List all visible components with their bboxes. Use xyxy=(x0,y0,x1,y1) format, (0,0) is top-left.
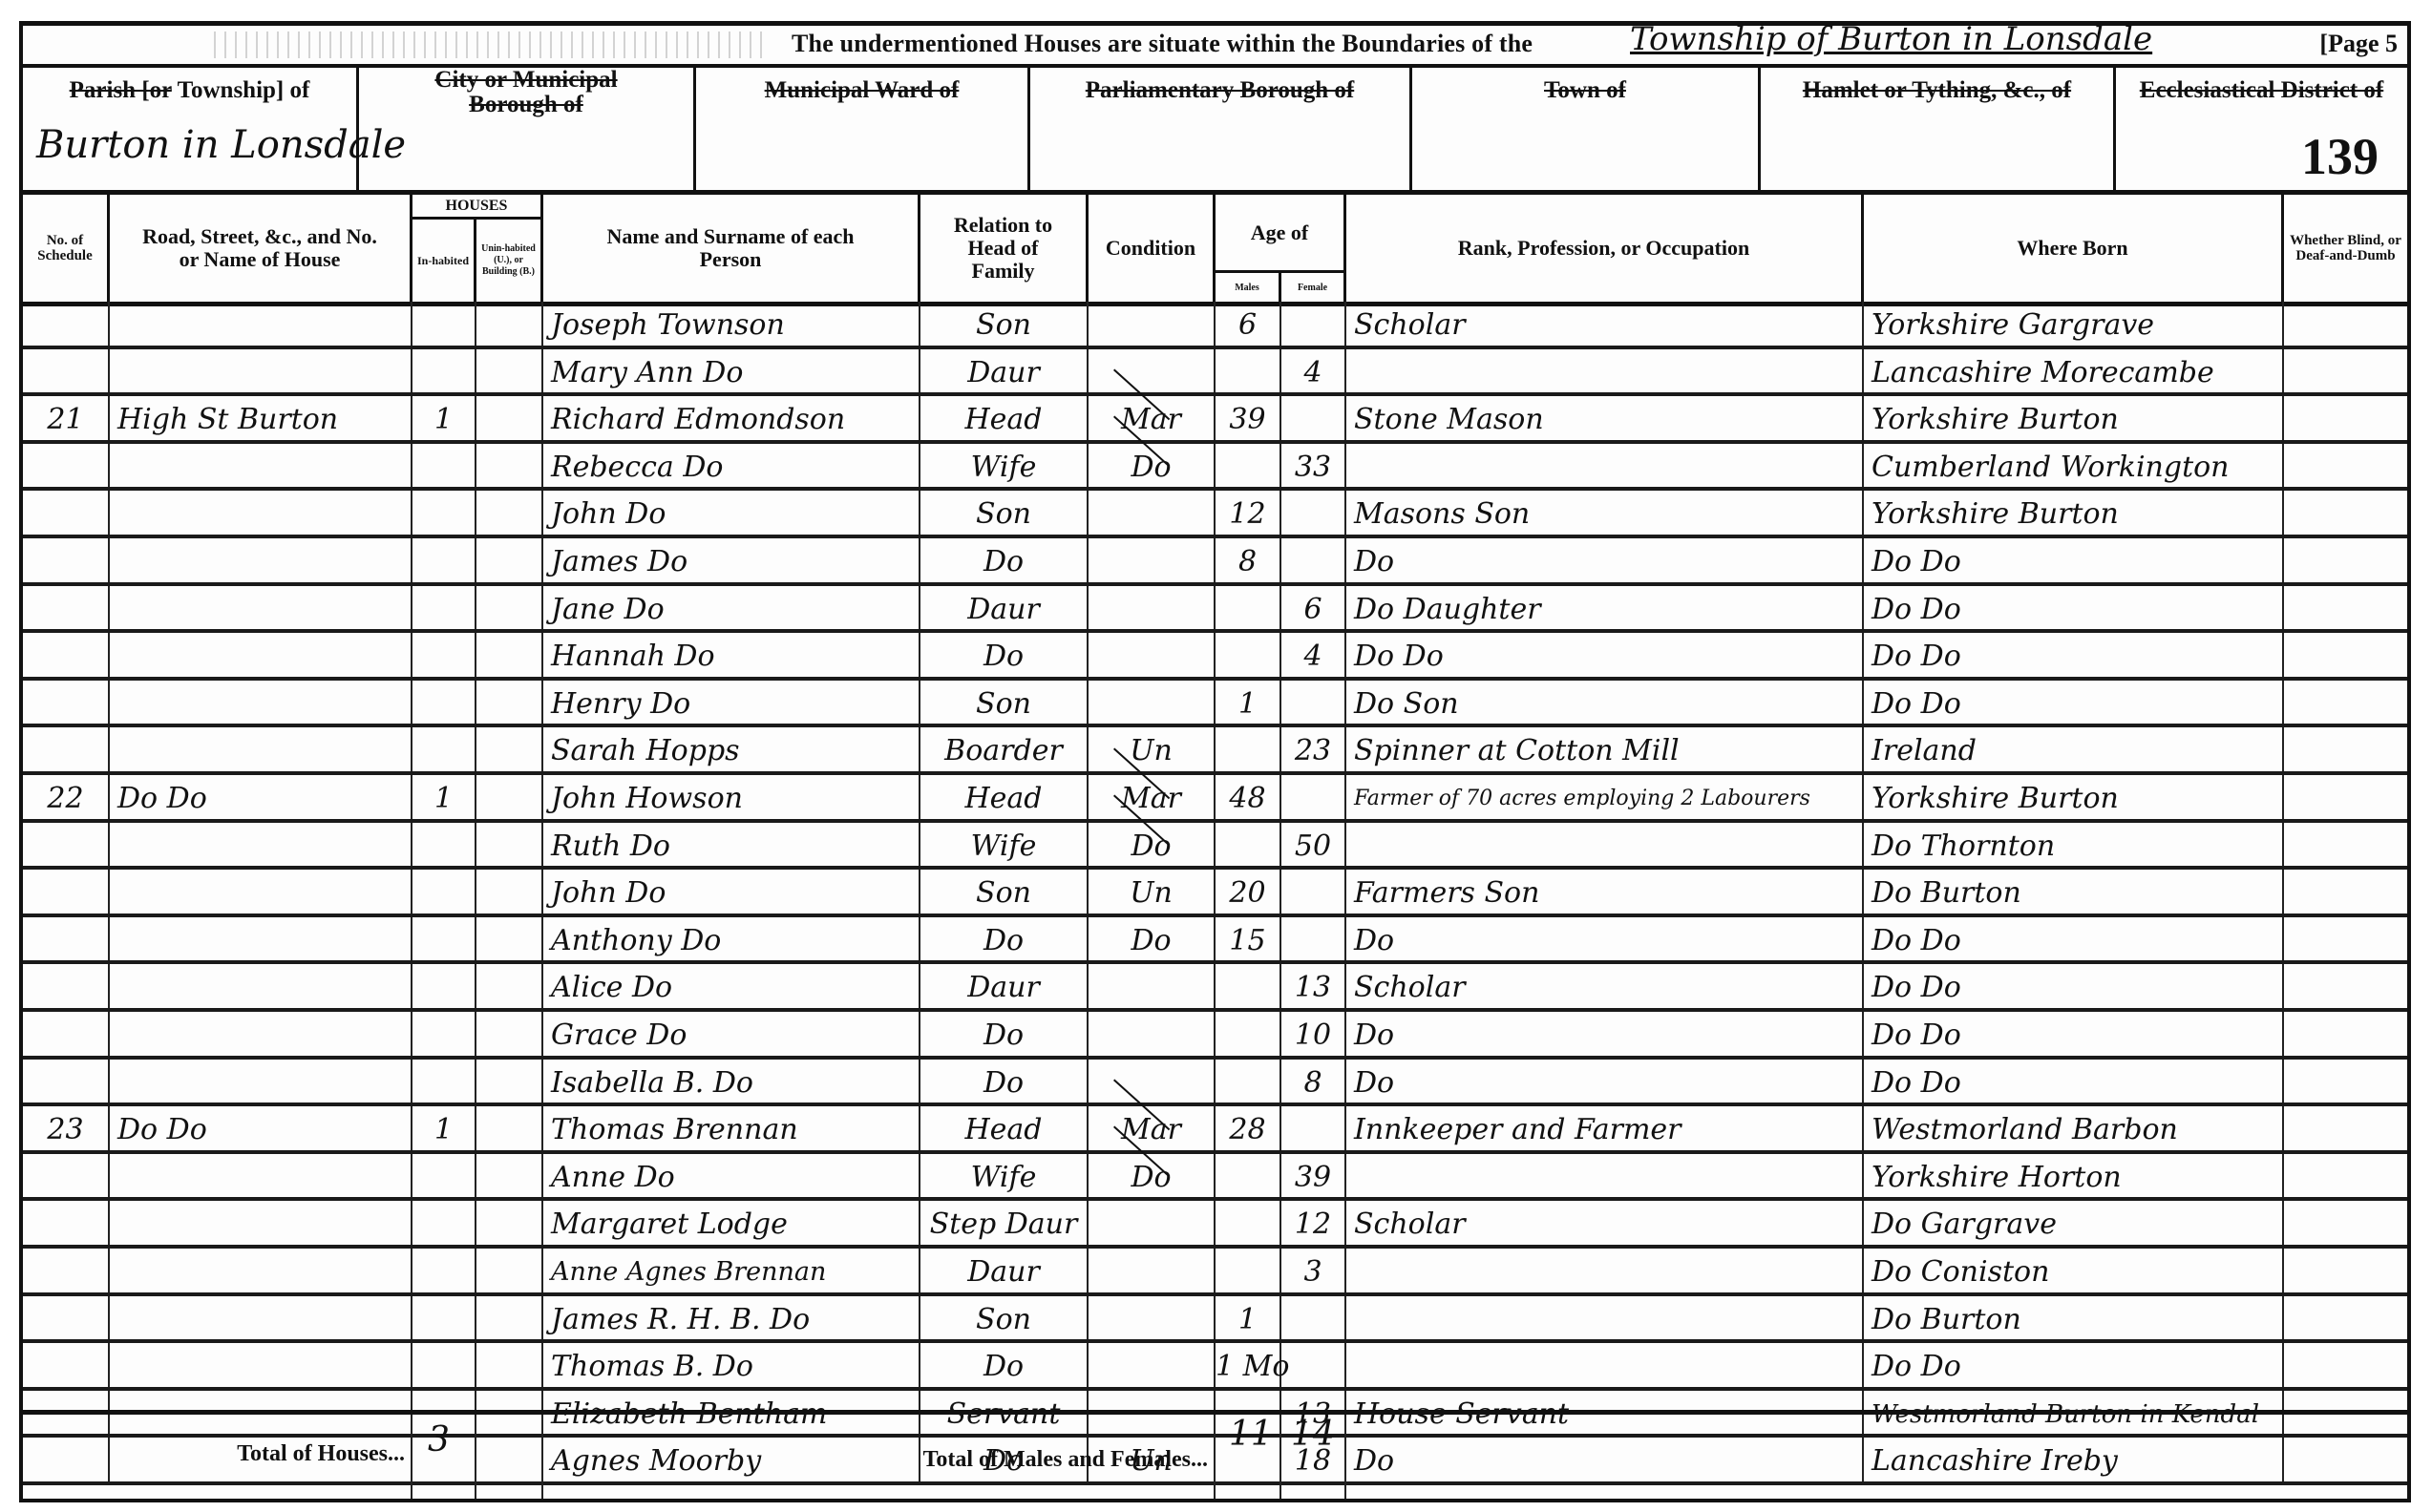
cell-male-age xyxy=(1216,1201,1281,1245)
cell-condition xyxy=(1089,491,1216,535)
cell-blind xyxy=(2284,964,2407,1008)
cell-name: James Do xyxy=(543,538,920,582)
cell-road xyxy=(110,633,412,677)
cell-road xyxy=(110,964,412,1008)
cell-uninhabited xyxy=(476,823,543,867)
totals-persons-label-cell: Total of Males and Females... xyxy=(543,1415,1216,1499)
table-row: Grace DoDo10DoDo Do xyxy=(23,1012,2407,1060)
cell-name: John Do xyxy=(543,870,920,913)
cell-female-age xyxy=(1281,396,1346,440)
cell-female-age: 3 xyxy=(1281,1249,1346,1292)
cell-uninhabited xyxy=(476,964,543,1008)
area-value: Burton in Lonsdale xyxy=(36,123,406,167)
cell-condition xyxy=(1089,302,1216,346)
cell-where-born: Do Coniston xyxy=(1864,1249,2284,1292)
table-row: Anne Agnes BrennanDaur3Do Coniston xyxy=(23,1249,2407,1296)
cell-condition: Do xyxy=(1089,1154,1216,1198)
cell-occupation xyxy=(1346,1154,1864,1198)
cell-occupation: Stone Mason xyxy=(1346,396,1864,440)
houses-title: HOUSES xyxy=(412,195,540,220)
table-row: Jane DoDaur6Do DaughterDo Do xyxy=(23,586,2407,634)
table-row: Hannah DoDo4Do DoDo Do xyxy=(23,633,2407,681)
cell-male-age xyxy=(1216,1060,1281,1103)
cell-inhabited xyxy=(412,586,476,630)
cell-inhabited xyxy=(412,302,476,346)
cell-blind xyxy=(2284,1106,2407,1150)
cell-blind xyxy=(2284,586,2407,630)
cell-name: Rebecca Do xyxy=(543,444,920,488)
col-females: Female xyxy=(1281,273,1343,302)
cell-schedule xyxy=(23,633,110,677)
cell-female-age: 4 xyxy=(1281,633,1346,677)
cell-blind xyxy=(2284,633,2407,677)
area-ecclesiastical: Ecclesiastical District of 139 xyxy=(2116,64,2407,190)
cell-occupation xyxy=(1346,444,1864,488)
cell-relation: Son xyxy=(920,870,1089,913)
col-age: Age of Males Female xyxy=(1216,195,1346,302)
cell-female-age xyxy=(1281,1296,1346,1340)
cell-relation: Daur xyxy=(920,586,1089,630)
cell-male-age: 1 xyxy=(1216,681,1281,724)
cell-occupation xyxy=(1346,349,1864,393)
cell-female-age: 23 xyxy=(1281,727,1346,771)
cell-blind xyxy=(2284,823,2407,867)
table-row: Sarah HoppsBoarderUn23Spinner at Cotton … xyxy=(23,727,2407,775)
cell-female-age xyxy=(1281,1343,1346,1387)
total-houses-label: Total of Houses... xyxy=(237,1441,405,1467)
area-label: Parish [or Township] of xyxy=(23,77,356,104)
cell-uninhabited xyxy=(476,870,543,913)
cell-male-age: 48 xyxy=(1216,775,1281,819)
cell-uninhabited xyxy=(476,1249,543,1292)
cell-where-born: Do Do xyxy=(1864,1060,2284,1103)
cell-road xyxy=(110,917,412,961)
cell-occupation: Do xyxy=(1346,538,1864,582)
cell-road: High St Burton xyxy=(110,396,412,440)
cell-name: John Howson xyxy=(543,775,920,819)
cell-female-age xyxy=(1281,538,1346,582)
cell-schedule xyxy=(23,1201,110,1245)
cell-occupation: Farmers Son xyxy=(1346,870,1864,913)
cell-uninhabited xyxy=(476,1343,543,1387)
area-hamlet: Hamlet or Tything, &c., of xyxy=(1761,64,2116,190)
cell-road xyxy=(110,727,412,771)
cell-schedule xyxy=(23,1249,110,1292)
cell-condition xyxy=(1089,1296,1216,1340)
cell-uninhabited xyxy=(476,396,543,440)
cell-inhabited xyxy=(412,633,476,677)
cell-relation: Head xyxy=(920,396,1089,440)
cell-female-age xyxy=(1281,1106,1346,1150)
cell-male-age xyxy=(1216,823,1281,867)
cell-occupation xyxy=(1346,823,1864,867)
cell-male-age xyxy=(1216,727,1281,771)
table-row: Isabella B. DoDo8DoDo Do xyxy=(23,1060,2407,1107)
cell-schedule xyxy=(23,870,110,913)
cell-inhabited xyxy=(412,917,476,961)
cell-condition xyxy=(1089,1060,1216,1103)
cell-uninhabited xyxy=(476,1296,543,1340)
table-row: John DoSon12Masons SonYorkshire Burton xyxy=(23,491,2407,538)
cell-inhabited xyxy=(412,444,476,488)
area-label: City or Municipal Borough of xyxy=(359,68,693,117)
col-males: Males xyxy=(1216,273,1281,302)
cell-condition: Un xyxy=(1089,870,1216,913)
area-label: Ecclesiastical District of xyxy=(2116,77,2407,104)
total-males-value: 11 xyxy=(1229,1415,1273,1454)
cell-inhabited xyxy=(412,349,476,393)
area-label: Municipal Ward of xyxy=(696,77,1027,104)
cell-where-born: Ireland xyxy=(1864,727,2284,771)
cell-inhabited xyxy=(412,1343,476,1387)
cell-inhabited xyxy=(412,870,476,913)
cell-inhabited xyxy=(412,538,476,582)
cell-uninhabited xyxy=(476,1060,543,1103)
cell-schedule xyxy=(23,727,110,771)
totals-males-cell: 11 xyxy=(1216,1415,1281,1499)
cell-uninhabited xyxy=(476,491,543,535)
cell-inhabited xyxy=(412,1060,476,1103)
cell-schedule xyxy=(23,1012,110,1056)
totals-females-cell: 14 xyxy=(1281,1415,1346,1499)
cell-road: Do Do xyxy=(110,1106,412,1150)
cell-where-born: Do Gargrave xyxy=(1864,1201,2284,1245)
cell-blind xyxy=(2284,302,2407,346)
cell-uninhabited xyxy=(476,727,543,771)
cell-uninhabited xyxy=(476,1012,543,1056)
cell-schedule xyxy=(23,444,110,488)
cell-inhabited: 1 xyxy=(412,775,476,819)
area-town: Town of xyxy=(1412,64,1761,190)
table-row: Henry DoSon1Do SonDo Do xyxy=(23,681,2407,728)
cell-occupation: Do Do xyxy=(1346,633,1864,677)
cell-where-born: Do Thornton xyxy=(1864,823,2284,867)
cell-road xyxy=(110,491,412,535)
cell-condition xyxy=(1089,964,1216,1008)
col-uninhabited: Unin-habited (U.), or Building (B.) xyxy=(476,220,540,302)
cell-relation: Daur xyxy=(920,1249,1089,1292)
cell-uninhabited xyxy=(476,444,543,488)
page-number: [Page 5 xyxy=(2319,30,2398,58)
district-number: 139 xyxy=(2301,127,2379,186)
cell-relation: Do xyxy=(920,1060,1089,1103)
cell-occupation: Scholar xyxy=(1346,1201,1864,1245)
cell-relation: Son xyxy=(920,491,1089,535)
cell-where-born: Do Do xyxy=(1864,538,2284,582)
cell-condition: Mar xyxy=(1089,1106,1216,1150)
table-row: 22Do Do1John HowsonHeadMar48Farmer of 70… xyxy=(23,775,2407,823)
col-occupation: Rank, Profession, or Occupation xyxy=(1346,195,1864,302)
table-row: Ruth DoWifeDo50Do Thornton xyxy=(23,823,2407,871)
cell-uninhabited xyxy=(476,1154,543,1198)
cell-schedule xyxy=(23,538,110,582)
cell-where-born: Do Do xyxy=(1864,1012,2284,1056)
cell-male-age: 20 xyxy=(1216,870,1281,913)
cell-occupation: Do xyxy=(1346,1060,1864,1103)
cell-occupation xyxy=(1346,1343,1864,1387)
cell-name: Jane Do xyxy=(543,586,920,630)
cell-blind xyxy=(2284,870,2407,913)
cell-occupation xyxy=(1346,1296,1864,1340)
cell-occupation: Spinner at Cotton Mill xyxy=(1346,727,1864,771)
cell-male-age xyxy=(1216,633,1281,677)
cell-condition xyxy=(1089,1343,1216,1387)
cell-male-age xyxy=(1216,964,1281,1008)
cell-relation: Wife xyxy=(920,444,1089,488)
cell-schedule xyxy=(23,586,110,630)
cell-blind xyxy=(2284,775,2407,819)
totals-row: Total of Houses... 3 Total of Males and … xyxy=(23,1410,2407,1499)
cell-male-age xyxy=(1216,1249,1281,1292)
cell-female-age: 8 xyxy=(1281,1060,1346,1103)
cell-occupation: Innkeeper and Farmer xyxy=(1346,1106,1864,1150)
cell-road xyxy=(110,1343,412,1387)
cell-female-age xyxy=(1281,917,1346,961)
cell-road xyxy=(110,349,412,393)
cell-blind xyxy=(2284,681,2407,724)
cell-condition xyxy=(1089,586,1216,630)
cell-occupation: Scholar xyxy=(1346,302,1864,346)
area-label: Hamlet or Tything, &c., of xyxy=(1761,77,2113,104)
cell-blind xyxy=(2284,917,2407,961)
cell-male-age xyxy=(1216,1154,1281,1198)
cell-uninhabited xyxy=(476,302,543,346)
cell-road xyxy=(110,870,412,913)
cell-road xyxy=(110,586,412,630)
age-title: Age of xyxy=(1216,195,1343,273)
cell-name: James R. H. B. Do xyxy=(543,1296,920,1340)
cell-blind xyxy=(2284,1060,2407,1103)
cell-name: Margaret Lodge xyxy=(543,1201,920,1245)
cell-schedule: 23 xyxy=(23,1106,110,1150)
cell-name: Hannah Do xyxy=(543,633,920,677)
cell-schedule xyxy=(23,349,110,393)
cell-where-born: Do Do xyxy=(1864,633,2284,677)
cell-condition xyxy=(1089,1201,1216,1245)
cell-name: John Do xyxy=(543,491,920,535)
cell-where-born: Lancashire Morecambe xyxy=(1864,349,2284,393)
cell-female-age: 10 xyxy=(1281,1012,1346,1056)
totals-uninhabited-cell xyxy=(476,1415,543,1499)
cell-relation: Daur xyxy=(920,964,1089,1008)
cell-relation: Son xyxy=(920,681,1089,724)
cell-inhabited xyxy=(412,1012,476,1056)
table-row: Anne DoWifeDo39Yorkshire Horton xyxy=(23,1154,2407,1202)
cell-name: Joseph Townson xyxy=(543,302,920,346)
cell-condition: Do xyxy=(1089,823,1216,867)
cell-condition: Do xyxy=(1089,444,1216,488)
cell-road xyxy=(110,1296,412,1340)
area-label: Parliamentary Borough of xyxy=(1030,77,1409,104)
bleed-through-text xyxy=(214,31,768,58)
cell-where-born: Cumberland Workington xyxy=(1864,444,2284,488)
cell-uninhabited xyxy=(476,1106,543,1150)
totals-houses-cell: 3 xyxy=(412,1415,476,1499)
cell-name: Sarah Hopps xyxy=(543,727,920,771)
col-condition: Condition xyxy=(1089,195,1216,302)
cell-inhabited xyxy=(412,491,476,535)
cell-occupation: Do Daughter xyxy=(1346,586,1864,630)
cell-name: Anne Do xyxy=(543,1154,920,1198)
cell-road xyxy=(110,538,412,582)
table-row: James R. H. B. DoSon1Do Burton xyxy=(23,1296,2407,1344)
cell-road xyxy=(110,1060,412,1103)
cell-relation: Do xyxy=(920,538,1089,582)
cell-schedule xyxy=(23,302,110,346)
cell-relation: Do xyxy=(920,633,1089,677)
cell-male-age xyxy=(1216,444,1281,488)
cell-condition xyxy=(1089,681,1216,724)
cell-female-age: 6 xyxy=(1281,586,1346,630)
cell-condition xyxy=(1089,538,1216,582)
cell-name: Henry Do xyxy=(543,681,920,724)
cell-male-age: 12 xyxy=(1216,491,1281,535)
total-houses-value: 3 xyxy=(428,1420,450,1459)
cell-name: Mary Ann Do xyxy=(543,349,920,393)
cell-uninhabited xyxy=(476,633,543,677)
cell-schedule: 21 xyxy=(23,396,110,440)
cell-female-age xyxy=(1281,870,1346,913)
cell-male-age: 28 xyxy=(1216,1106,1281,1150)
cell-where-born: Yorkshire Gargrave xyxy=(1864,302,2284,346)
col-schedule: No. of Schedule xyxy=(23,195,110,302)
cell-name: Isabella B. Do xyxy=(543,1060,920,1103)
cell-blind xyxy=(2284,491,2407,535)
table-row: Margaret LodgeStep Daur12ScholarDo Gargr… xyxy=(23,1201,2407,1249)
cell-relation: Daur xyxy=(920,349,1089,393)
cell-relation: Wife xyxy=(920,823,1089,867)
cell-schedule xyxy=(23,1296,110,1340)
cell-inhabited xyxy=(412,823,476,867)
table-row: James DoDo8DoDo Do xyxy=(23,538,2407,586)
cell-occupation: Do xyxy=(1346,1012,1864,1056)
cell-where-born: Yorkshire Burton xyxy=(1864,491,2284,535)
cell-male-age: 6 xyxy=(1216,302,1281,346)
cell-schedule xyxy=(23,491,110,535)
cell-blind xyxy=(2284,1154,2407,1198)
cell-female-age xyxy=(1281,775,1346,819)
cell-uninhabited xyxy=(476,775,543,819)
cell-name: Thomas B. Do xyxy=(543,1343,920,1387)
col-road: Road, Street, &c., and No. or Name of Ho… xyxy=(110,195,412,302)
page-title-band: The undermentioned Houses are situate wi… xyxy=(23,26,2407,68)
cell-blind xyxy=(2284,727,2407,771)
cell-inhabited: 1 xyxy=(412,1106,476,1150)
cell-inhabited xyxy=(412,1249,476,1292)
cell-male-age xyxy=(1216,586,1281,630)
table-row: 21High St Burton1Richard EdmondsonHeadMa… xyxy=(23,396,2407,444)
col-inhabited: In-habited xyxy=(412,220,476,302)
area-boundaries: Parish [or Township] of Burton in Lonsda… xyxy=(23,64,2407,195)
cell-male-age: 15 xyxy=(1216,917,1281,961)
cell-where-born: Yorkshire Horton xyxy=(1864,1154,2284,1198)
cell-female-age: 12 xyxy=(1281,1201,1346,1245)
cell-male-age: 39 xyxy=(1216,396,1281,440)
cell-road xyxy=(110,1012,412,1056)
col-blind: Whether Blind, or Deaf-and-Dumb xyxy=(2284,195,2407,302)
cell-condition xyxy=(1089,349,1216,393)
cell-road: Do Do xyxy=(110,775,412,819)
printed-title: The undermentioned Houses are situate wi… xyxy=(792,30,1533,58)
cell-uninhabited xyxy=(476,917,543,961)
cell-condition: Do xyxy=(1089,917,1216,961)
cell-female-age xyxy=(1281,491,1346,535)
cell-road xyxy=(110,1154,412,1198)
cell-name: Anthony Do xyxy=(543,917,920,961)
cell-uninhabited xyxy=(476,1201,543,1245)
cell-occupation: Masons Son xyxy=(1346,491,1864,535)
cell-relation: Boarder xyxy=(920,727,1089,771)
col-relation: Relation to Head of Family xyxy=(920,195,1089,302)
cell-uninhabited xyxy=(476,681,543,724)
cell-inhabited xyxy=(412,1201,476,1245)
cell-inhabited xyxy=(412,1154,476,1198)
cell-where-born: Do Do xyxy=(1864,681,2284,724)
cell-female-age: 4 xyxy=(1281,349,1346,393)
cell-condition: Mar xyxy=(1089,775,1216,819)
cell-relation: Son xyxy=(920,302,1089,346)
cell-occupation: Farmer of 70 acres employing 2 Labourers xyxy=(1346,775,1864,819)
cell-condition xyxy=(1089,1249,1216,1292)
cell-where-born: Yorkshire Burton xyxy=(1864,396,2284,440)
cell-inhabited xyxy=(412,727,476,771)
column-headers: No. of Schedule Road, Street, &c., and N… xyxy=(23,195,2407,306)
totals-empty-cell xyxy=(1346,1415,2407,1499)
handwritten-township: Township of Burton in Lonsdale xyxy=(1630,20,2152,58)
table-row: Rebecca DoWifeDo33Cumberland Workington xyxy=(23,444,2407,492)
table-row: Alice DoDaur13ScholarDo Do xyxy=(23,964,2407,1012)
table-row: Thomas B. DoDo1 MoDo Do xyxy=(23,1343,2407,1391)
cell-relation: Do xyxy=(920,1012,1089,1056)
table-row: Joseph TownsonSon6ScholarYorkshire Gargr… xyxy=(23,302,2407,349)
cell-male-age xyxy=(1216,349,1281,393)
cell-uninhabited xyxy=(476,586,543,630)
cell-schedule: 22 xyxy=(23,775,110,819)
census-page: The undermentioned Houses are situate wi… xyxy=(19,21,2411,1502)
cell-blind xyxy=(2284,538,2407,582)
area-parish: Parish [or Township] of Burton in Lonsda… xyxy=(23,64,359,190)
cell-schedule xyxy=(23,1060,110,1103)
cell-where-born: Do Do xyxy=(1864,1343,2284,1387)
cell-name: Richard Edmondson xyxy=(543,396,920,440)
col-name: Name and Surname of each Person xyxy=(543,195,920,302)
cell-male-age: 8 xyxy=(1216,538,1281,582)
col-where-born: Where Born xyxy=(1864,195,2284,302)
area-ward: Municipal Ward of xyxy=(696,64,1030,190)
cell-male-age: 1 Mo xyxy=(1216,1343,1281,1387)
cell-male-age: 1 xyxy=(1216,1296,1281,1340)
cell-name: Grace Do xyxy=(543,1012,920,1056)
cell-name: Ruth Do xyxy=(543,823,920,867)
cell-name: Thomas Brennan xyxy=(543,1106,920,1150)
cell-uninhabited xyxy=(476,538,543,582)
cell-relation: Son xyxy=(920,1296,1089,1340)
total-persons-label: Total of Males and Females... xyxy=(923,1447,1208,1473)
cell-relation: Do xyxy=(920,917,1089,961)
cell-road xyxy=(110,681,412,724)
cell-relation: Head xyxy=(920,1106,1089,1150)
cell-where-born: Do Do xyxy=(1864,917,2284,961)
cell-female-age: 33 xyxy=(1281,444,1346,488)
cell-condition: Un xyxy=(1089,727,1216,771)
cell-occupation: Do xyxy=(1346,917,1864,961)
cell-road xyxy=(110,444,412,488)
cell-blind xyxy=(2284,1296,2407,1340)
cell-occupation: Do Son xyxy=(1346,681,1864,724)
cell-blind xyxy=(2284,1201,2407,1245)
table-row: 23Do Do1Thomas BrennanHeadMar28Innkeeper… xyxy=(23,1106,2407,1154)
cell-relation: Head xyxy=(920,775,1089,819)
